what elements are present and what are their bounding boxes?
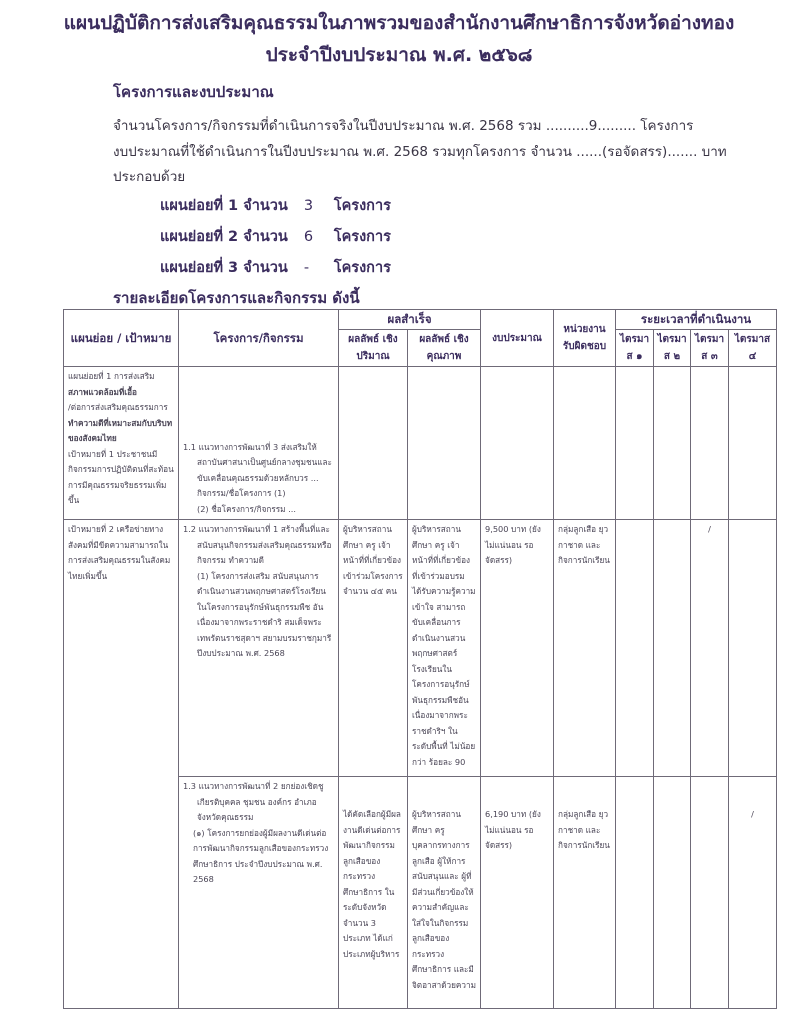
quality-text: ผู้บริหารสถานศึกษา ครู บุคลากรทางการลูกเ… bbox=[412, 809, 476, 990]
unit-cell: กลุ่มลูกเสือ ยุวกาชาด และกิจการนักเรียน bbox=[554, 777, 616, 1009]
quarter-2-mark bbox=[654, 520, 691, 777]
goal-cell: เป้าหมายที่ 2 เครือข่ายทางสังคมที่มีขีดค… bbox=[64, 520, 179, 1009]
subplan-count: 3 bbox=[304, 198, 334, 214]
budget-cell: 9,500 บาท (ยังไม่แน่นอน รอจัดสรร) bbox=[481, 520, 554, 777]
subplan-1: แผนย่อยที่ 1 จำนวน3โครงการ bbox=[160, 194, 391, 217]
quarter-4-mark bbox=[729, 367, 777, 520]
subplan-unit: โครงการ bbox=[334, 229, 391, 245]
project-body: เกียรติบุคคล ชุมชน องค์กร อำเภอ จังหวัดค… bbox=[183, 795, 334, 826]
project-cell: 1.2 แนวทางการพัฒนาที่ 1 สร้างพื้นที่และ … bbox=[179, 520, 339, 777]
quantity-cell: ได้คัดเลือกผู้มีผลงานดีเด่นต่อการพัฒนากิ… bbox=[339, 777, 408, 1009]
subplan-unit: โครงการ bbox=[334, 260, 391, 276]
project-table: แผนย่อย / เป้าหมาย โครงการ/กิจกรรม ผลสำเ… bbox=[63, 309, 777, 1009]
quality-cell bbox=[408, 367, 481, 520]
quarter-1-mark bbox=[616, 777, 654, 1009]
project-cell: 1.1 แนวทางการพัฒนาที่ 3 ส่งเสริมให้ สถาบ… bbox=[179, 367, 339, 520]
summary-project-count: จำนวนโครงการ/กิจกรรมที่ดำเนินการจริงในปี… bbox=[113, 114, 693, 136]
header-achievement: ผลสำเร็จ bbox=[339, 310, 481, 330]
budget-cell: 6,190 บาท (ยังไม่แน่นอน รอจัดสรร) bbox=[481, 777, 554, 1009]
project-sub: (2) ชื่อโครงการ/กิจกรรม ... bbox=[183, 502, 334, 518]
project-head: 1.2 แนวทางการพัฒนาที่ 1 สร้างพื้นที่และ bbox=[183, 522, 334, 538]
quarter-2-mark bbox=[654, 777, 691, 1009]
project-body: สนับสนุนกิจกรรมส่งเสริมคุณธรรมหรือกิจกรร… bbox=[183, 538, 334, 569]
mark-text: / bbox=[751, 809, 754, 819]
header-quarter-4: ไตรมาส ๔ bbox=[729, 330, 777, 367]
quarter-3-mark: / bbox=[691, 520, 729, 777]
header-output-quality: ผลลัพธ์ เชิงคุณภาพ bbox=[408, 330, 481, 367]
goal-target: เป้าหมายที่ 2 เครือข่ายทางสังคมที่มีขีดค… bbox=[68, 522, 174, 584]
subplan-label: แผนย่อยที่ 1 จำนวน bbox=[160, 198, 288, 214]
quantity-cell bbox=[339, 367, 408, 520]
subplan-count: - bbox=[304, 260, 334, 276]
project-head: 1.1 แนวทางการพัฒนาที่ 3 ส่งเสริมให้ bbox=[183, 440, 334, 456]
project-body: สถาบันศาสนาเป็นศูนย์กลางชุมชนและขับเคลื่… bbox=[183, 455, 334, 502]
unit-cell bbox=[554, 367, 616, 520]
header-quarter-2: ไตรมาส ๒ bbox=[654, 330, 691, 367]
document-title: แผนปฏิบัติการส่งเสริมคุณธรรมในภาพรวมของส… bbox=[0, 8, 798, 38]
unit-cell: กลุ่มลูกเสือ ยุวกาชาด และกิจการนักเรียน bbox=[554, 520, 616, 777]
quarter-1-mark bbox=[616, 520, 654, 777]
quality-cell: ผู้บริหารสถานศึกษา ครู บุคลากรทางการลูกเ… bbox=[408, 777, 481, 1009]
header-subplan-goal: แผนย่อย / เป้าหมาย bbox=[64, 310, 179, 367]
summary-consists-of: ประกอบด้วย bbox=[113, 165, 185, 187]
quarter-2-mark bbox=[654, 367, 691, 520]
quarter-1-mark bbox=[616, 367, 654, 520]
header-quarter-3: ไตรมาส ๓ bbox=[691, 330, 729, 367]
subplan-unit: โครงการ bbox=[334, 198, 391, 214]
subplan-label: แผนย่อยที่ 3 จำนวน bbox=[160, 260, 288, 276]
table-row: แผนย่อยที่ 1 การส่งเสริม สภาพแวดล้อมที่เ… bbox=[64, 367, 777, 520]
project-sub: (1) โครงการส่งเสริม สนับสนุนการดำเนินงาน… bbox=[183, 569, 334, 662]
quarter-3-mark bbox=[691, 777, 729, 1009]
quality-cell: ผู้บริหารสถานศึกษา ครู เจ้าหน้าที่ที่เกี… bbox=[408, 520, 481, 777]
header-quarter-1: ไตรมาส ๑ bbox=[616, 330, 654, 367]
quantity-cell: ผู้บริหารสถานศึกษา ครู เจ้าหน้าที่ที่เกี… bbox=[339, 520, 408, 777]
summary-budget: งบประมาณที่ใช้ดำเนินการในปีงบประมาณ พ.ศ.… bbox=[113, 140, 727, 162]
goal-text-bold: สภาพแวดล้อมที่เอื้อ bbox=[68, 385, 174, 401]
section-heading: โครงการและงบประมาณ bbox=[113, 80, 274, 104]
quantity-text: ได้คัดเลือกผู้มีผลงานดีเด่นต่อการพัฒนากิ… bbox=[343, 809, 401, 959]
header-responsible-unit: หน่วยงาน รับผิดชอบ bbox=[554, 310, 616, 367]
budget-cell bbox=[481, 367, 554, 520]
quarter-4-mark: / bbox=[729, 777, 777, 1009]
document-subtitle: ประจำปีงบประมาณ พ.ศ. ๒๕๖๘ bbox=[0, 40, 798, 70]
goal-text: /ต่อการส่งเสริมคุณธรรมการ bbox=[68, 400, 174, 416]
header-project: โครงการ/กิจกรรม bbox=[179, 310, 339, 367]
project-head: 1.3 แนวทางการพัฒนาที่ 2 ยกย่องเชิดชู bbox=[183, 779, 334, 795]
budget-text: 6,190 บาท (ยังไม่แน่นอน รอจัดสรร) bbox=[485, 809, 541, 850]
goal-text: แผนย่อยที่ 1 การส่งเสริม bbox=[68, 369, 174, 385]
table-row: เป้าหมายที่ 2 เครือข่ายทางสังคมที่มีขีดค… bbox=[64, 520, 777, 777]
quarter-4-mark bbox=[729, 520, 777, 777]
subplan-3: แผนย่อยที่ 3 จำนวน-โครงการ bbox=[160, 256, 391, 279]
header-budget: งบประมาณ bbox=[481, 310, 554, 367]
subplan-label: แผนย่อยที่ 2 จำนวน bbox=[160, 229, 288, 245]
quarter-3-mark bbox=[691, 367, 729, 520]
goal-text-bold: ทำความดีที่เหมาะสมกับบริบทของสังคมไทย bbox=[68, 416, 174, 447]
subplan-2: แผนย่อยที่ 2 จำนวน6โครงการ bbox=[160, 225, 391, 248]
subplan-count: 6 bbox=[304, 229, 334, 245]
project-sub: (๑) โครงการยกย่องผู้มีผลงานดีเด่นต่อการพ… bbox=[183, 826, 334, 888]
details-heading: รายละเอียดโครงการและกิจกรรม ดังนี้ bbox=[113, 286, 360, 310]
header-output-quantity: ผลลัพธ์ เชิงปริมาณ bbox=[339, 330, 408, 367]
project-cell: 1.3 แนวทางการพัฒนาที่ 2 ยกย่องเชิดชู เกี… bbox=[179, 777, 339, 1009]
header-timeframe: ระยะเวลาที่ดำเนินงาน bbox=[616, 310, 777, 330]
goal-cell: แผนย่อยที่ 1 การส่งเสริม สภาพแวดล้อมที่เ… bbox=[64, 367, 179, 520]
unit-text: กลุ่มลูกเสือ ยุวกาชาด และกิจการนักเรียน bbox=[558, 809, 610, 850]
goal-target: เป้าหมายที่ 1 ประชาชนมีกิจกรรมการปฏิบัติ… bbox=[68, 447, 174, 509]
